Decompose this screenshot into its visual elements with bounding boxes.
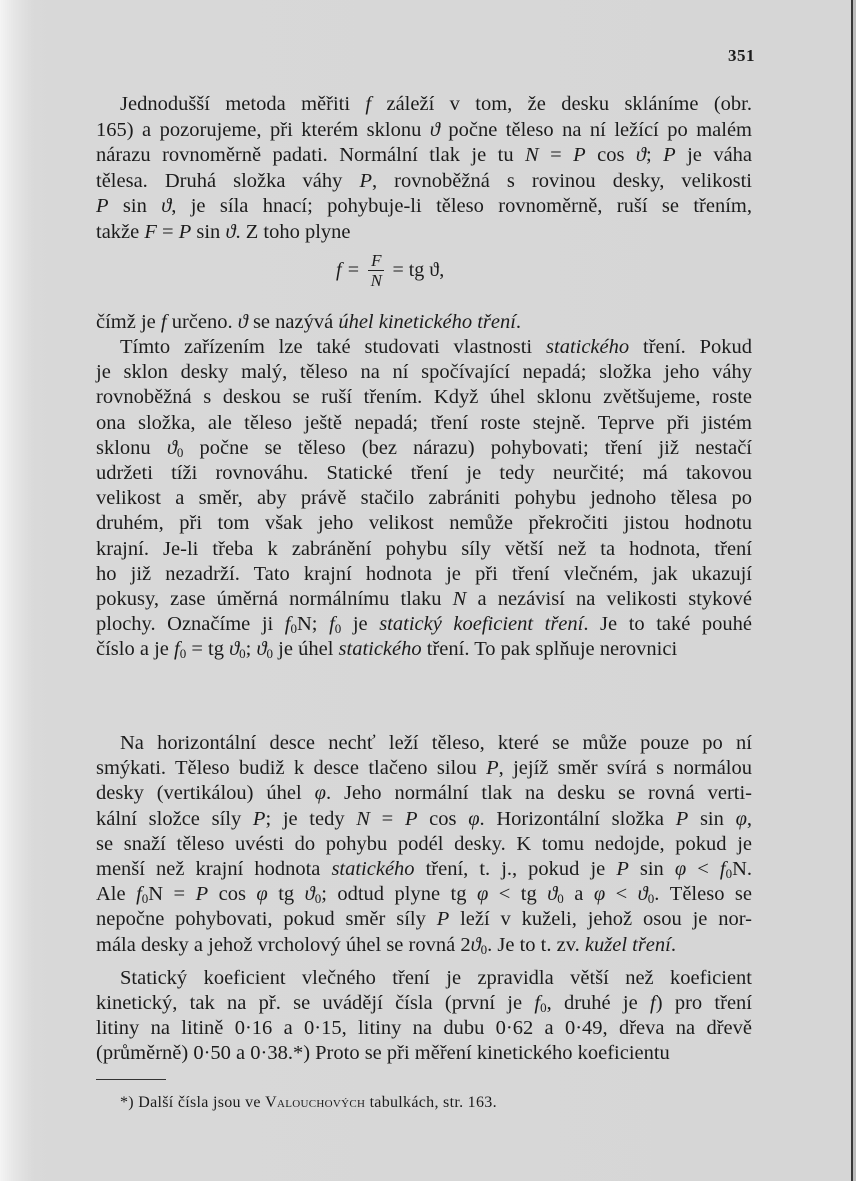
text-line: druhém, při tom však jeho velikost nemůž… — [96, 511, 752, 535]
text-line: mála desky a jehož vrcholový úhel se rov… — [96, 933, 752, 957]
footnote-text-before: Další čísla jsou ve — [138, 1094, 261, 1111]
book-page: 351 Jednodušší metoda měřiti f záleží v … — [0, 0, 856, 1181]
text-line: ho již nezadrží. Tato krajní hodnota je … — [96, 562, 752, 586]
footnote-text-after: tabulkách, str. 163. — [370, 1094, 497, 1111]
text-line: (průměrně) 0·50 a 0·38.*) Proto se při m… — [96, 1041, 752, 1065]
fraction-denominator: N — [368, 271, 384, 291]
text-line: P sin ϑ, je síla hnací; pohybuje-li těle… — [96, 194, 752, 218]
footnote-marker: *) — [120, 1094, 134, 1111]
text-line: ona složka, ale těleso ještě nepadá; tře… — [96, 411, 752, 435]
fraction-numerator: F — [368, 252, 384, 271]
text-line: Ale f0N = P cos φ tg ϑ0; odtud plyne tg … — [96, 882, 752, 906]
page-edge-line — [851, 0, 853, 1181]
text-line: číslo a je f0 = tg ϑ0; ϑ0 je úhel static… — [96, 637, 752, 661]
text-line: pokusy, zase úměrná normálnímu tlaku N a… — [96, 587, 752, 611]
text-line: krajní. Je-li třeba k zabránění pohybu s… — [96, 537, 752, 561]
formula-rhs: = tg ϑ, — [392, 259, 444, 281]
text-line: Statický koeficient vlečného tření je zp… — [120, 966, 752, 990]
text-line: Na horizontální desce nechť leží těleso,… — [120, 731, 752, 755]
text-line: Jednodušší metoda měřiti f záleží v tom,… — [120, 92, 752, 116]
text-line: menší než krajní hodnota statického třen… — [96, 857, 752, 881]
page-number: 351 — [728, 46, 755, 66]
text-line: je sklon desky malý, těleso na ní spočív… — [96, 360, 752, 384]
text-line: čímž je f určeno. ϑ se nazývá úhel kinet… — [96, 310, 752, 334]
fraction: F N — [368, 252, 384, 291]
text-line: smýkati. Těleso budiž k desce tlačeno si… — [96, 756, 752, 780]
text-line: litiny na litině 0·16 a 0·15, litiny na … — [96, 1016, 752, 1040]
text-line: nárazu rovnoměrně padati. Normální tlak … — [96, 143, 752, 167]
footnote: *) Další čísla jsou ve Valouchových tabu… — [120, 1094, 497, 1112]
footnote-rule — [96, 1079, 166, 1080]
text-line: kální složce síly P; je tedy N = P cos φ… — [96, 807, 752, 831]
text-line: udržeti tíži rovnováhu. Statické tření j… — [96, 461, 752, 485]
text-line: Tímto zařízením lze také studovati vlast… — [120, 335, 752, 359]
formula-lhs: f = — [336, 259, 360, 281]
text-line: nepočne pohybovati, pokud směr síly P le… — [96, 907, 752, 931]
text-line: takže F = P sin ϑ. Z toho plyne — [96, 220, 752, 244]
text-line: kinetický, tak na př. se uvádějí čísla (… — [96, 991, 752, 1015]
footnote-author-name: Valouchových — [265, 1094, 365, 1111]
text-line: tělesa. Druhá složka váhy P, rovnoběžná … — [96, 169, 752, 193]
text-line: sklonu ϑ0 počne se těleso (bez nárazu) p… — [96, 436, 752, 460]
text-line: 165) a pozorujeme, při kterém sklonu ϑ p… — [96, 118, 752, 142]
text-line: desky (vertikálou) úhel φ. Jeho normální… — [96, 781, 752, 805]
text-line: se snaží těleso uvésti do pohybu podél d… — [96, 832, 752, 856]
text-line: velikost a směr, aby právě stačilo zabrá… — [96, 486, 752, 510]
text-line: rovnoběžná s deskou se ruší třením. Když… — [96, 385, 752, 409]
text-line: plochy. Označíme ji f0N; f0 je statický … — [96, 612, 752, 636]
formula-friction-coefficient: f = F N = tg ϑ, — [336, 252, 444, 291]
